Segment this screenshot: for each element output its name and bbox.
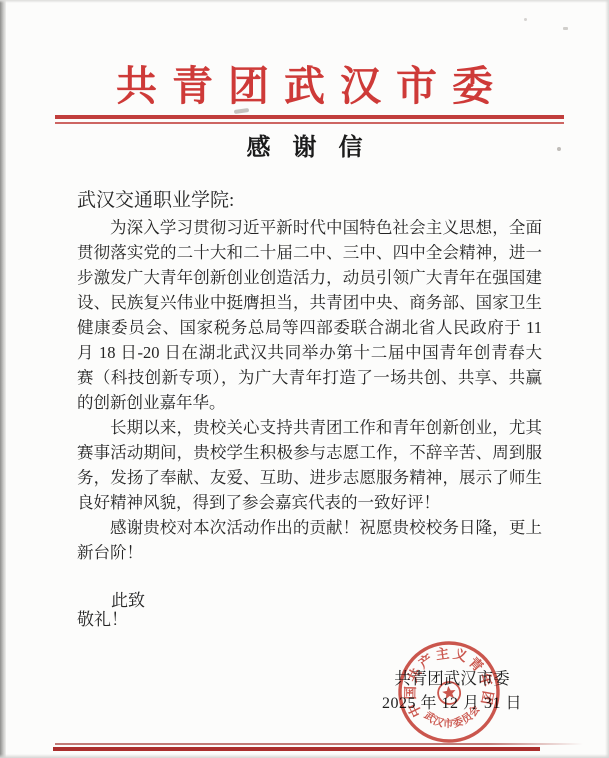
letterhead-rule-thick bbox=[55, 115, 564, 119]
body-line: 良好精神风貌，得到了参会嘉宾代表的一致好评！ bbox=[77, 490, 542, 515]
seal-star-icon bbox=[442, 685, 457, 699]
body-line: 务，发扬了奉献、友爱、互助、进步志愿服务精神，展示了师生 bbox=[77, 465, 542, 490]
letter-title: 感谢信 bbox=[0, 133, 609, 163]
page-edge-left bbox=[0, 0, 6, 758]
body-line: 新台阶！ bbox=[77, 540, 542, 565]
body-line: 感谢贵校对本次活动作出的贡献！祝愿贵校校务日隆，更上 bbox=[77, 515, 542, 540]
recipient-line: 武汉交通职业学院: bbox=[77, 189, 234, 212]
body-line: 为深入学习贯彻习近平新时代中国特色社会主义思想，全面 bbox=[77, 215, 542, 240]
body-line: 贯彻落实党的二十大和二十届二中、三中、四中全会精神，进一 bbox=[77, 240, 542, 265]
letterhead-rule-thin bbox=[55, 122, 564, 124]
seal-bottom-text: 武汉市委员会 bbox=[420, 701, 485, 734]
letter-body: 为深入学习贯彻习近平新时代中国特色社会主义思想，全面贯彻落实党的二十大和二十届二… bbox=[77, 215, 542, 565]
body-line: 月 18 日-20 日在湖北武汉共同举办第十二届中国青年创青春大 bbox=[77, 340, 542, 365]
footer-rule-thin bbox=[55, 743, 583, 745]
scan-artifact bbox=[563, 27, 568, 30]
page-edge-right bbox=[605, 0, 609, 758]
scan-artifact bbox=[524, 18, 527, 21]
official-red-seal: 中国共产主义青年团 武汉市委员会 bbox=[389, 632, 509, 752]
closing-salute-jingli: 敬礼！ bbox=[77, 607, 128, 632]
body-line: 步激发广大青年创新创业创造活力，动员引领广大青年在强国建 bbox=[77, 265, 542, 290]
page-edge-top bbox=[0, 0, 609, 3]
scanned-letter-page: 共青团武汉市委 感谢信 武汉交通职业学院: 为深入学习贯彻习近平新时代中国特色社… bbox=[0, 0, 609, 758]
body-line: 健康委员会、国家税务总局等四部委联合湖北省人民政府于 11 bbox=[77, 315, 542, 340]
page-edge-bottom bbox=[0, 754, 609, 758]
seal-top-text: 中国共产主义青年团 bbox=[395, 639, 499, 721]
body-line: 的创新创业嘉年华。 bbox=[77, 390, 542, 415]
body-line: 长期以来，贵校关心支持共青团工作和青年创新创业，尤其 bbox=[77, 415, 542, 440]
body-line: 赛（科技创新专项），为广大青年打造了一场共创、共享、共赢 bbox=[77, 365, 542, 390]
scan-artifact bbox=[234, 108, 249, 114]
body-line: 赛事活动期间，贵校学生积极参与志愿工作，不辞辛苦、周到服 bbox=[77, 440, 542, 465]
body-line: 设、民族复兴伟业中挺膺担当，共青团中央、商务部、国家卫生 bbox=[77, 290, 542, 315]
scan-artifact bbox=[557, 147, 561, 151]
footer-rule-thick bbox=[53, 747, 540, 751]
letterhead-org-name: 共青团武汉市委 bbox=[0, 62, 609, 110]
